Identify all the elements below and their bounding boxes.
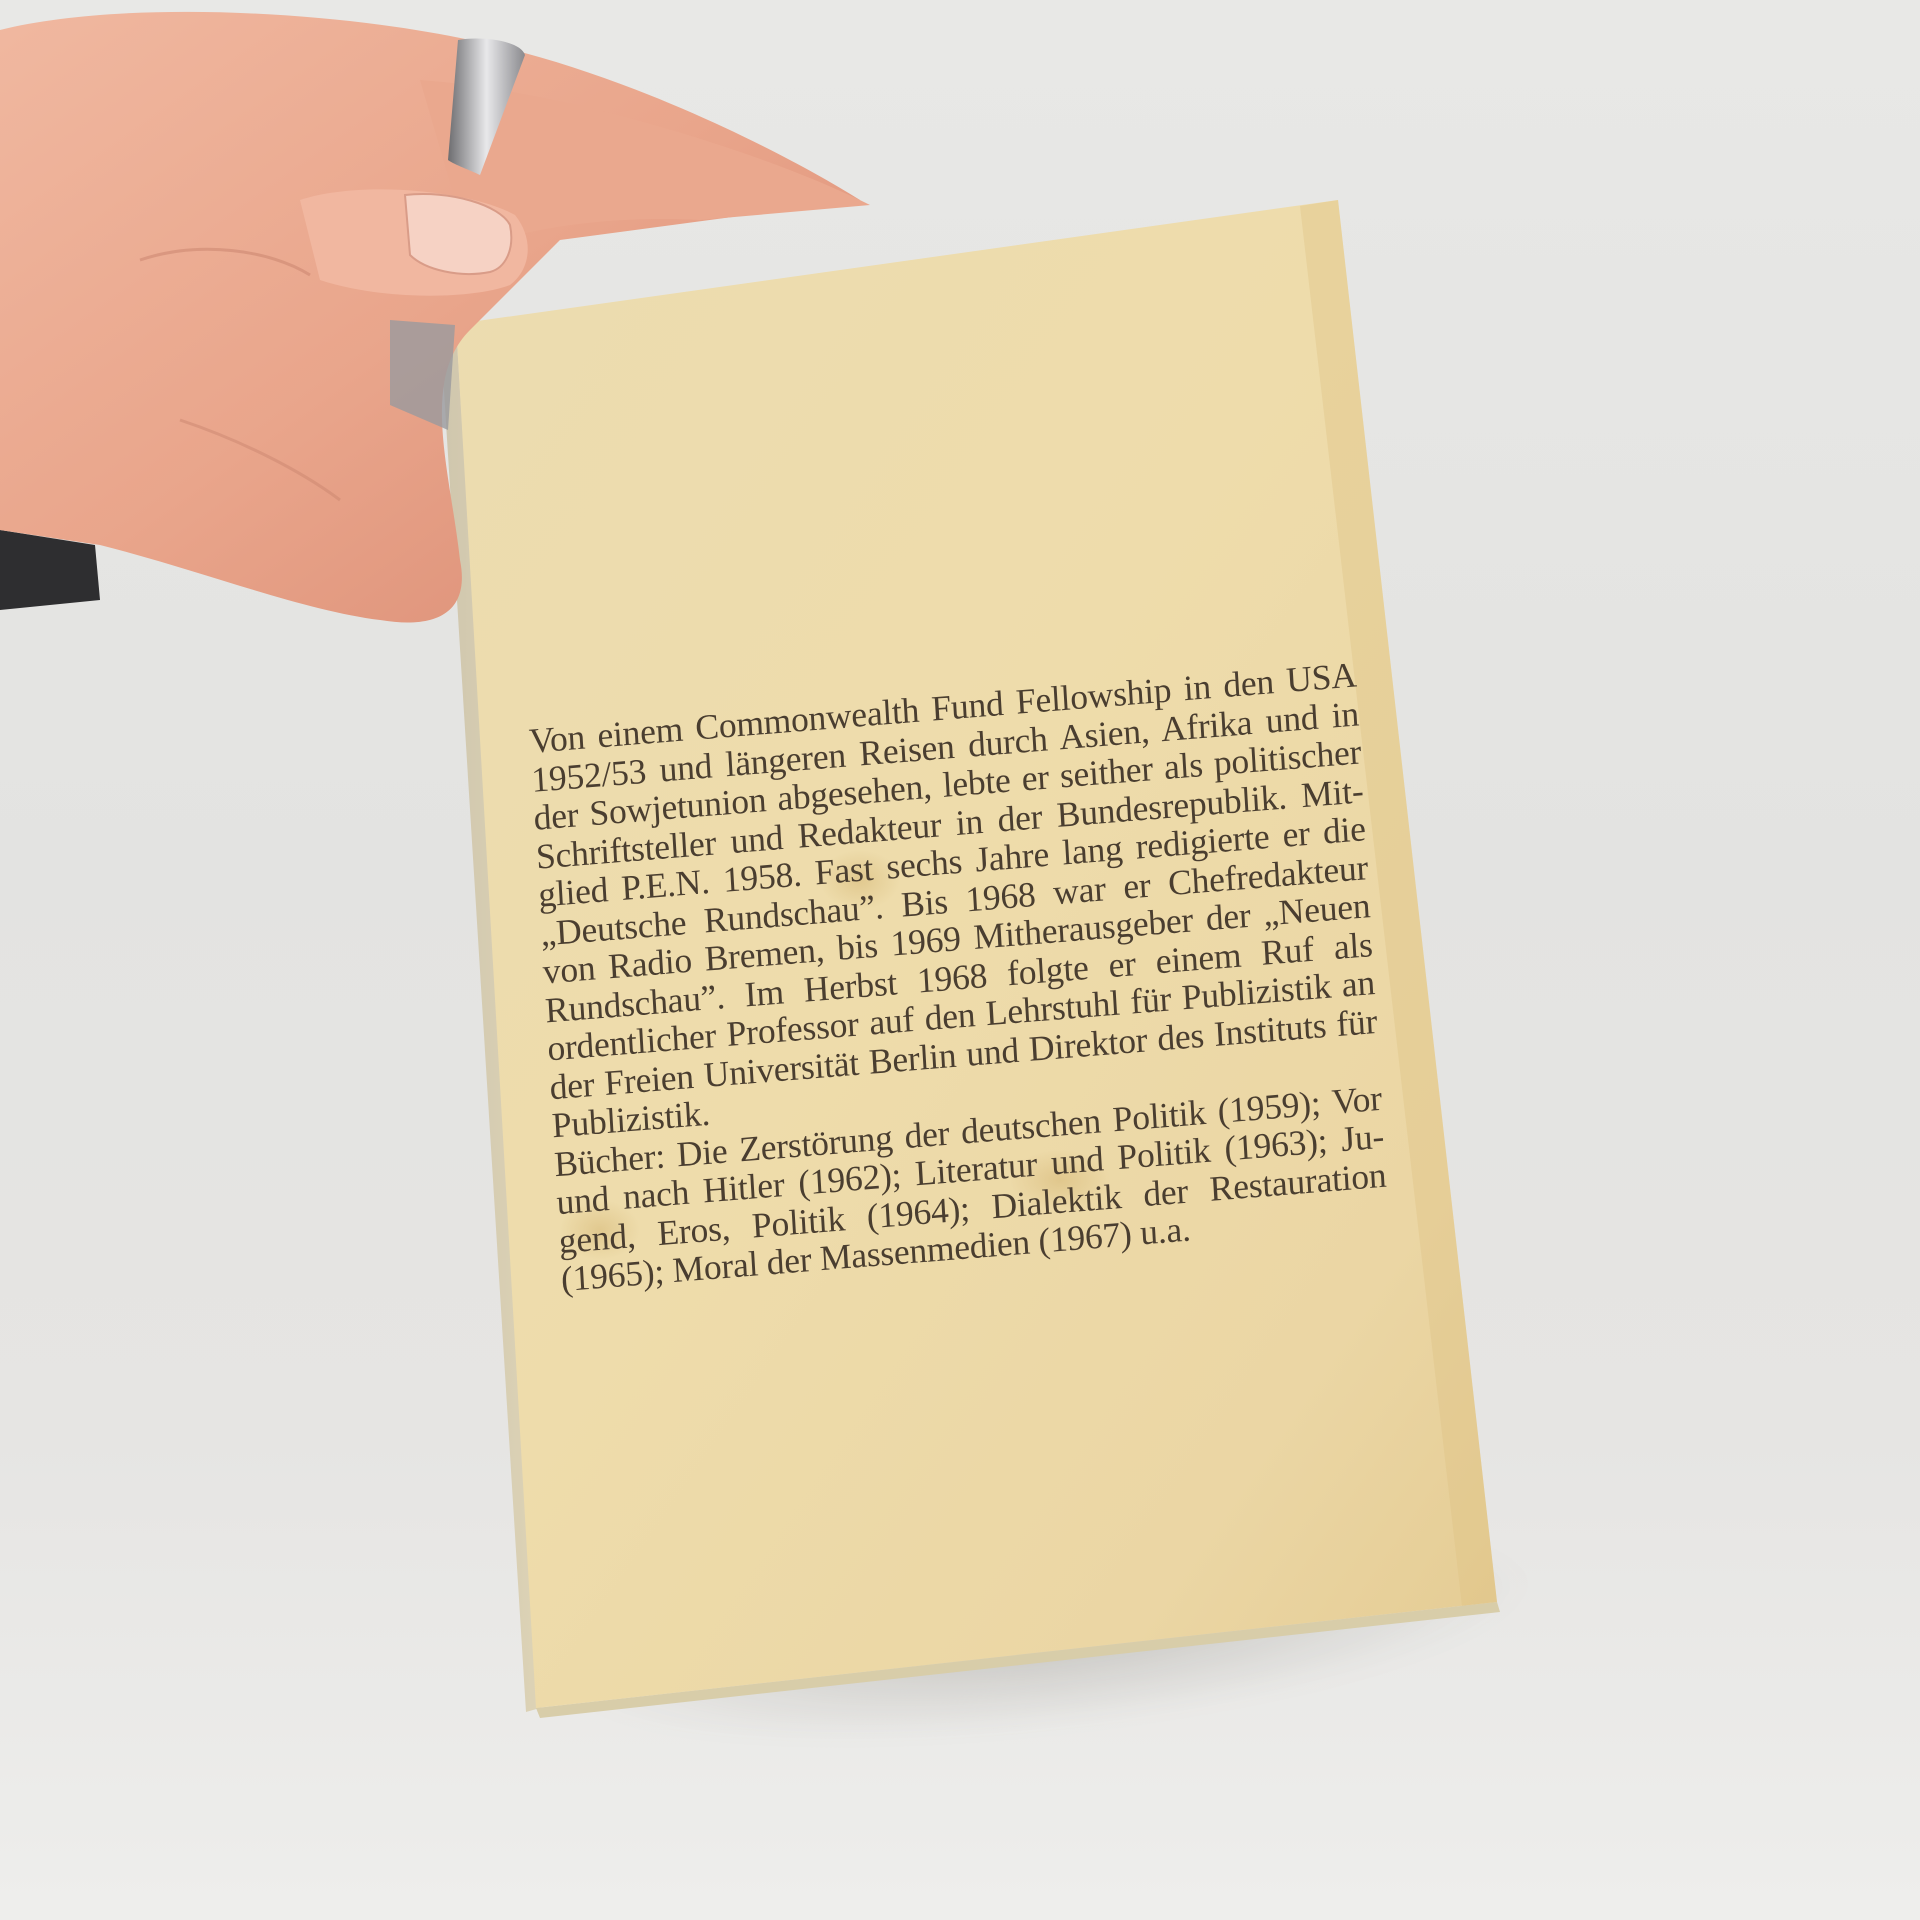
- hand: [0, 0, 1920, 1920]
- photo-scene: Von einem Commonwealth Fund Fellowship i…: [0, 0, 1920, 1920]
